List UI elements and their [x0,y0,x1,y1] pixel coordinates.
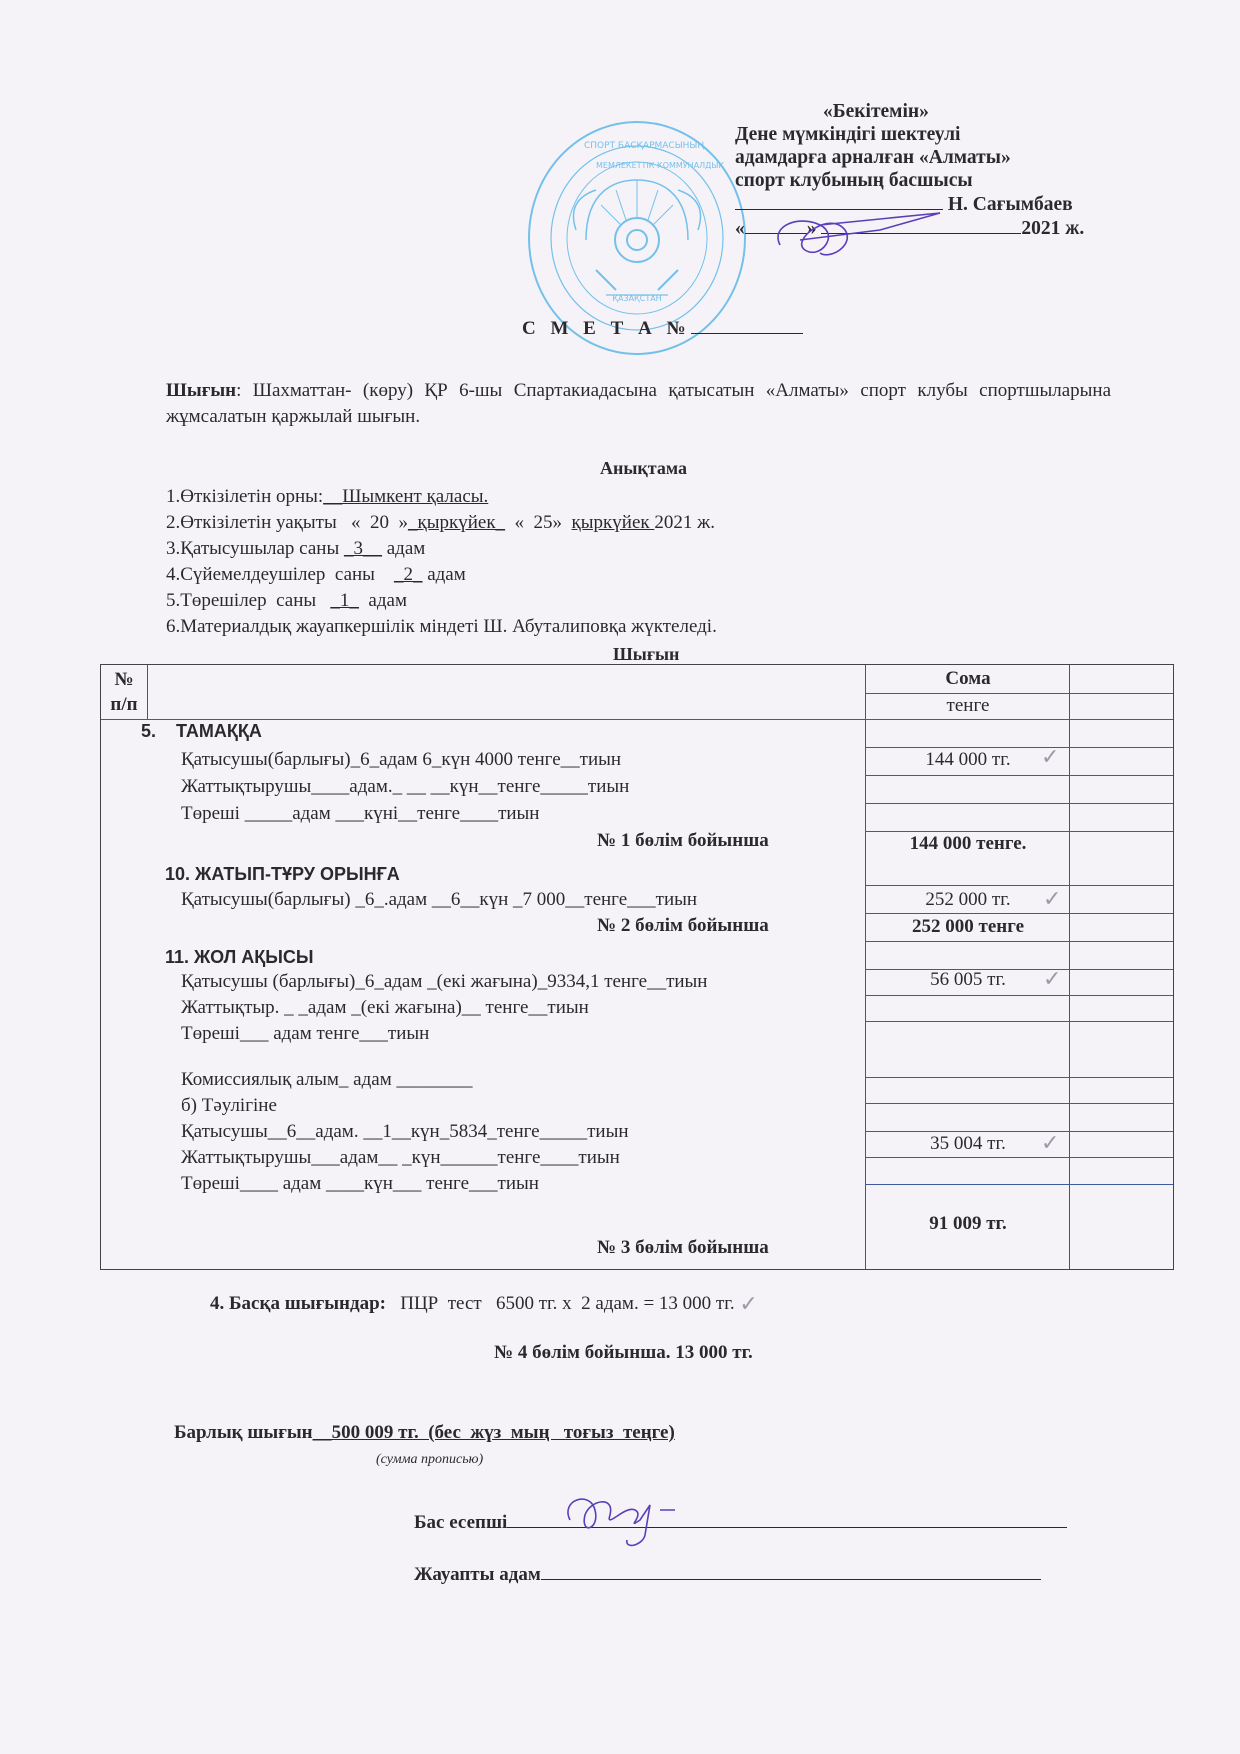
reference-title: Анықтама [600,458,687,479]
grand-total-value: __500 009 тг. (бес жүз мың тоғыз теңге) [313,1422,675,1443]
subtotal-value: 91 009 тг. [867,1213,1069,1235]
accountant-signature [555,1485,705,1555]
header-currency: тенге [867,695,1069,717]
document-title: С М Е Т А № [522,318,803,340]
chief-accountant-signature: Бас есепші [414,1510,1067,1534]
reference-item: 1.Өткізілетін орны:__Шымкент қаласы. [166,484,717,510]
approval-heading: «Бекітемін» [823,100,1115,123]
purpose-label: Шығын [166,380,236,401]
amount-cell: 144 000 тг. [867,749,1069,771]
reference-item: 4.Сүйемелдеушілер саны _2_ адам [166,562,717,588]
section-title: 5. ТАМАҚҚА [141,721,262,742]
purpose-text: Шығын: Шахматтан- (көру) ҚР 6-шы Спартак… [166,378,1111,430]
approval-line-3: спорт клубының басшысы [735,169,1115,192]
checkmark-icon: ✓ [1043,967,1061,992]
subtotal-label: № 2 бөлім бойынша [597,915,769,937]
checkmark-icon: ✓ [739,1292,757,1317]
approval-year: 2021 ж. [1021,218,1084,239]
expenses-title: Шығын [613,644,679,665]
section-title: 10. ЖАТЫП-ТҰРУ ОРЫНҒА [165,864,400,885]
approval-line-1: Дене мүмкіндігі шектеулі [735,123,1115,146]
amount-cell: 35 004 тг. [867,1133,1069,1155]
table-row: Жаттықтырушы___адам__ _күн______тенге___… [181,1147,620,1169]
other-expenses: 4. Басқа шығындар: ПЦР тест 6500 тг. х 2… [210,1290,758,1315]
amount-cell: 56 005 тг. [867,969,1069,991]
director-signature [760,205,960,265]
table-row: Қатысушы (барлығы)_6_адам _(екі жағына)_… [181,971,707,993]
responsible-person-signature: Жауапты адам [414,1562,1041,1586]
subtotal-value: 144 000 тенге. [867,833,1069,855]
table-row: Қатысушы(барлығы)_6_адам 6_күн 4000 тенг… [181,749,621,771]
amount-cell: 252 000 тг. [867,889,1069,911]
section-4-subtotal: № 4 бөлім бойынша. 13 000 тг. [494,1342,753,1364]
subtotal-value: 252 000 тенге [867,916,1069,938]
table-row: Төреші___ адам тенге___тиын [181,1023,429,1045]
reference-item: 3.Қатысушылар саны _3__ адам [166,536,717,562]
table-row: Жаттықтыр. _ _адам _(екі жағына)__ тенге… [181,997,589,1019]
svg-text:СПОРТ БАСҚАРМАСЫНЫҢ: СПОРТ БАСҚАРМАСЫНЫҢ [584,141,704,151]
svg-text:МЕМЛЕКЕТТІК КОММУНАЛДЫҚ: МЕМЛЕКЕТТІК КОММУНАЛДЫҚ [596,161,724,170]
reference-list: 1.Өткізілетін орны:__Шымкент қаласы. 2.Ө… [166,484,717,640]
table-row: Қатысушы__6__адам. __1__күн_5834_тенге__… [181,1121,629,1143]
number-blank [691,318,803,334]
section-title: 11. ЖОЛ АҚЫСЫ [165,947,314,968]
header-sum: Сома [867,668,1069,690]
subtotal-label: № 3 бөлім бойынша [597,1237,769,1259]
checkmark-icon: ✓ [1041,745,1059,770]
reference-item: 2.Өткізілетін уақыты « 20 »_қыркүйек_ « … [166,510,717,536]
checkmark-icon: ✓ [1041,1131,1059,1156]
svg-text:ҚАЗАҚСТАН: ҚАЗАҚСТАН [612,294,661,303]
table-row: б) Тәулігіне [181,1095,277,1117]
sum-in-words-note: (сумма прописью) [376,1452,483,1468]
table-row: Төреші _____адам ___күні__тенге____тиын [181,803,539,825]
signatory-name: Н. Сағымбаев [948,194,1073,215]
table-row: Төреші____ адам ____күн___ тенге___тиын [181,1173,539,1195]
table-row: Жаттықтырушы____адам._ __ __күн__тенге__… [181,776,629,798]
reference-item: 5.Төрешілер саны _1_ адам [166,588,717,614]
reference-item: 6.Материалдық жауапкершілік міндеті Ш. А… [166,614,717,640]
header-num: №п/п [101,667,147,717]
table-row: Қатысушы(барлығы) _6_.адам __6__күн _7 0… [181,889,697,911]
subtotal-label: № 1 бөлім бойынша [597,830,769,852]
expenses-table: №п/п Сома тенге 5. ТАМАҚҚА Қатысушы(барл… [100,664,1174,1270]
checkmark-icon: ✓ [1043,887,1061,912]
table-row: Комиссиялық алым_ адам ________ [181,1069,473,1091]
approval-line-2: адамдарға арналған «Алматы» [735,146,1115,169]
grand-total: Барлық шығын__500 009 тг. (бес жүз мың т… [174,1422,675,1444]
